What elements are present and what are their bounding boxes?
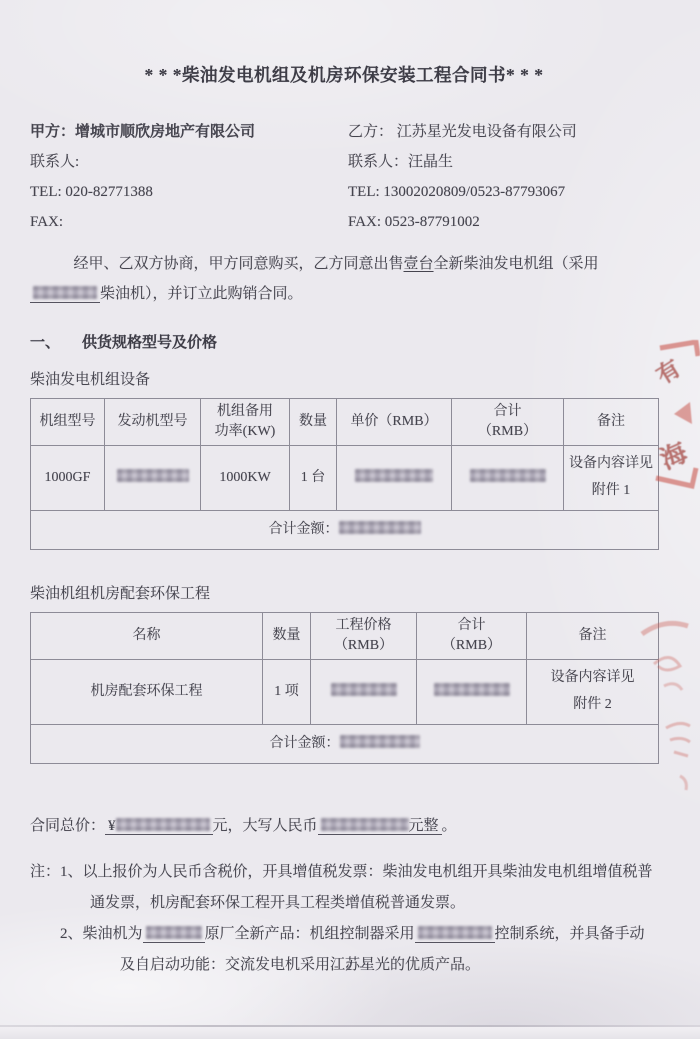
- cell-total: [417, 660, 527, 725]
- intro-text-3: 柴油机），并订立此购销合同。: [100, 286, 303, 302]
- redacted-sum: [339, 521, 421, 534]
- paper-bottom-strip: [0, 1027, 700, 1039]
- equipment-footer-row: 合计金额：: [31, 511, 659, 550]
- party-b-fax: FAX: 0523-87791002: [348, 207, 658, 237]
- col-unit-price: 单价（RMB）: [337, 399, 452, 446]
- col-quantity: 数量: [290, 399, 337, 446]
- cell-total: [452, 446, 564, 511]
- cell-engine-model: [105, 446, 201, 511]
- party-b-tel: TEL: 13002020809/0523-87793067: [348, 177, 658, 207]
- cell-project-price: [311, 660, 417, 725]
- intro-text-1: 经甲、乙双方协商，甲方同意购买，乙方同意出售: [74, 256, 404, 272]
- note-1: 注：1、以上报价为人民币含税价，开具增值税发票：柴油发电机组开具柴油发电机组增值…: [30, 857, 658, 919]
- cell-remark: 设备内容详见附件 1: [564, 446, 659, 511]
- equipment-table: 机组型号 发动机型号 机组备用 功率(KW) 数量 单价（RMB） 合计 （RM…: [30, 398, 659, 550]
- party-a-block: 甲方：增城市顺欣房地产有限公司 联系人: TEL: 020-82771388 F…: [30, 117, 348, 237]
- section-heading: 一、供货规格型号及价格: [30, 331, 658, 352]
- redacted-engine-brand: [33, 286, 97, 299]
- cell-standby-power: 1000KW: [201, 446, 290, 511]
- party-a-name: 甲方：增城市顺欣房地产有限公司: [30, 117, 348, 147]
- equipment-table-caption: 柴油发电机组设备: [30, 368, 658, 389]
- party-a-tel: TEL: 020-82771388: [30, 177, 348, 207]
- party-a-fax: FAX:: [30, 207, 348, 237]
- section-number: 一、: [30, 331, 82, 352]
- equipment-row: 1000GF 1000KW 1 台 设备内容详见附件 1: [31, 446, 659, 511]
- equipment-header-row: 机组型号 发动机型号 机组备用 功率(KW) 数量 单价（RMB） 合计 （RM…: [31, 399, 659, 446]
- redacted-sum: [340, 735, 420, 748]
- col-total: 合计 （RMB）: [452, 399, 564, 446]
- engineering-total-cell: 合计金额：: [31, 725, 659, 764]
- party-b-name: 乙方： 江苏星光发电设备有限公司: [348, 117, 658, 147]
- cell-unit-model: 1000GF: [31, 446, 105, 511]
- col-name: 名称: [31, 613, 263, 660]
- engineering-header-row: 名称 数量 工程价格 （RMB） 合计 （RMB） 备注: [31, 613, 659, 660]
- redacted-total: [470, 469, 546, 482]
- engineering-footer-row: 合计金额：: [31, 725, 659, 764]
- col-remark: 备注: [527, 613, 659, 660]
- redacted-project-price: [331, 683, 397, 696]
- party-b-block: 乙方： 江苏星光发电设备有限公司 联系人：汪晶生 TEL: 1300202080…: [348, 117, 658, 237]
- redacted-controller-brand: [418, 926, 492, 939]
- page-title: * * *柴油发电机组及机房环保安装工程合同书* * *: [30, 0, 658, 87]
- col-engine-model: 发动机型号: [105, 399, 201, 446]
- scanned-contract-page: * * *柴油发电机组及机房环保安装工程合同书* * * 甲方：增城市顺欣房地产…: [0, 0, 700, 1039]
- party-a-contact: 联系人:: [30, 147, 348, 177]
- page-number: - 2 -: [0, 958, 700, 974]
- engineering-row: 机房配套环保工程 1 项 设备内容详见附件 2: [31, 660, 659, 725]
- party-b-contact: 联系人：汪晶生: [348, 147, 658, 177]
- cell-quantity: 1 台: [290, 446, 337, 511]
- contract-total-line: 合同总价：¥元，大写人民币元整。: [30, 810, 658, 842]
- parties-block: 甲方：增城市顺欣房地产有限公司 联系人: TEL: 020-82771388 F…: [30, 117, 658, 237]
- intro-paragraph: 经甲、乙双方协商，甲方同意购买，乙方同意出售壹台全新柴油发电机组（采用柴油机），…: [30, 249, 658, 309]
- col-project-price: 工程价格 （RMB）: [311, 613, 417, 660]
- cell-quantity: 1 项: [263, 660, 311, 725]
- col-standby-power: 机组备用 功率(KW): [201, 399, 290, 446]
- redacted-engine-brand-2: [146, 926, 202, 939]
- cell-remark: 设备内容详见附件 2: [527, 660, 659, 725]
- engineering-table-caption: 柴油机组机房配套环保工程: [30, 582, 658, 603]
- col-quantity: 数量: [263, 613, 311, 660]
- col-remark: 备注: [564, 399, 659, 446]
- col-total: 合计 （RMB）: [417, 613, 527, 660]
- engineering-table: 名称 数量 工程价格 （RMB） 合计 （RMB） 备注 机房配套环保工程 1 …: [30, 612, 659, 764]
- section-title: 供货规格型号及价格: [82, 335, 217, 351]
- redacted-engine-model: [117, 469, 189, 482]
- intro-text-2: 全新柴油发电机组（采用: [434, 256, 599, 272]
- redacted-total-amount: [116, 818, 210, 831]
- col-unit-model: 机组型号: [31, 399, 105, 446]
- equipment-total-cell: 合计金额：: [31, 511, 659, 550]
- redacted-total: [434, 683, 510, 696]
- cell-unit-price: [337, 446, 452, 511]
- cell-name: 机房配套环保工程: [31, 660, 263, 725]
- intro-quantity: 壹台: [404, 256, 434, 272]
- redacted-amount-in-words: [321, 818, 409, 831]
- redacted-unit-price: [355, 469, 433, 482]
